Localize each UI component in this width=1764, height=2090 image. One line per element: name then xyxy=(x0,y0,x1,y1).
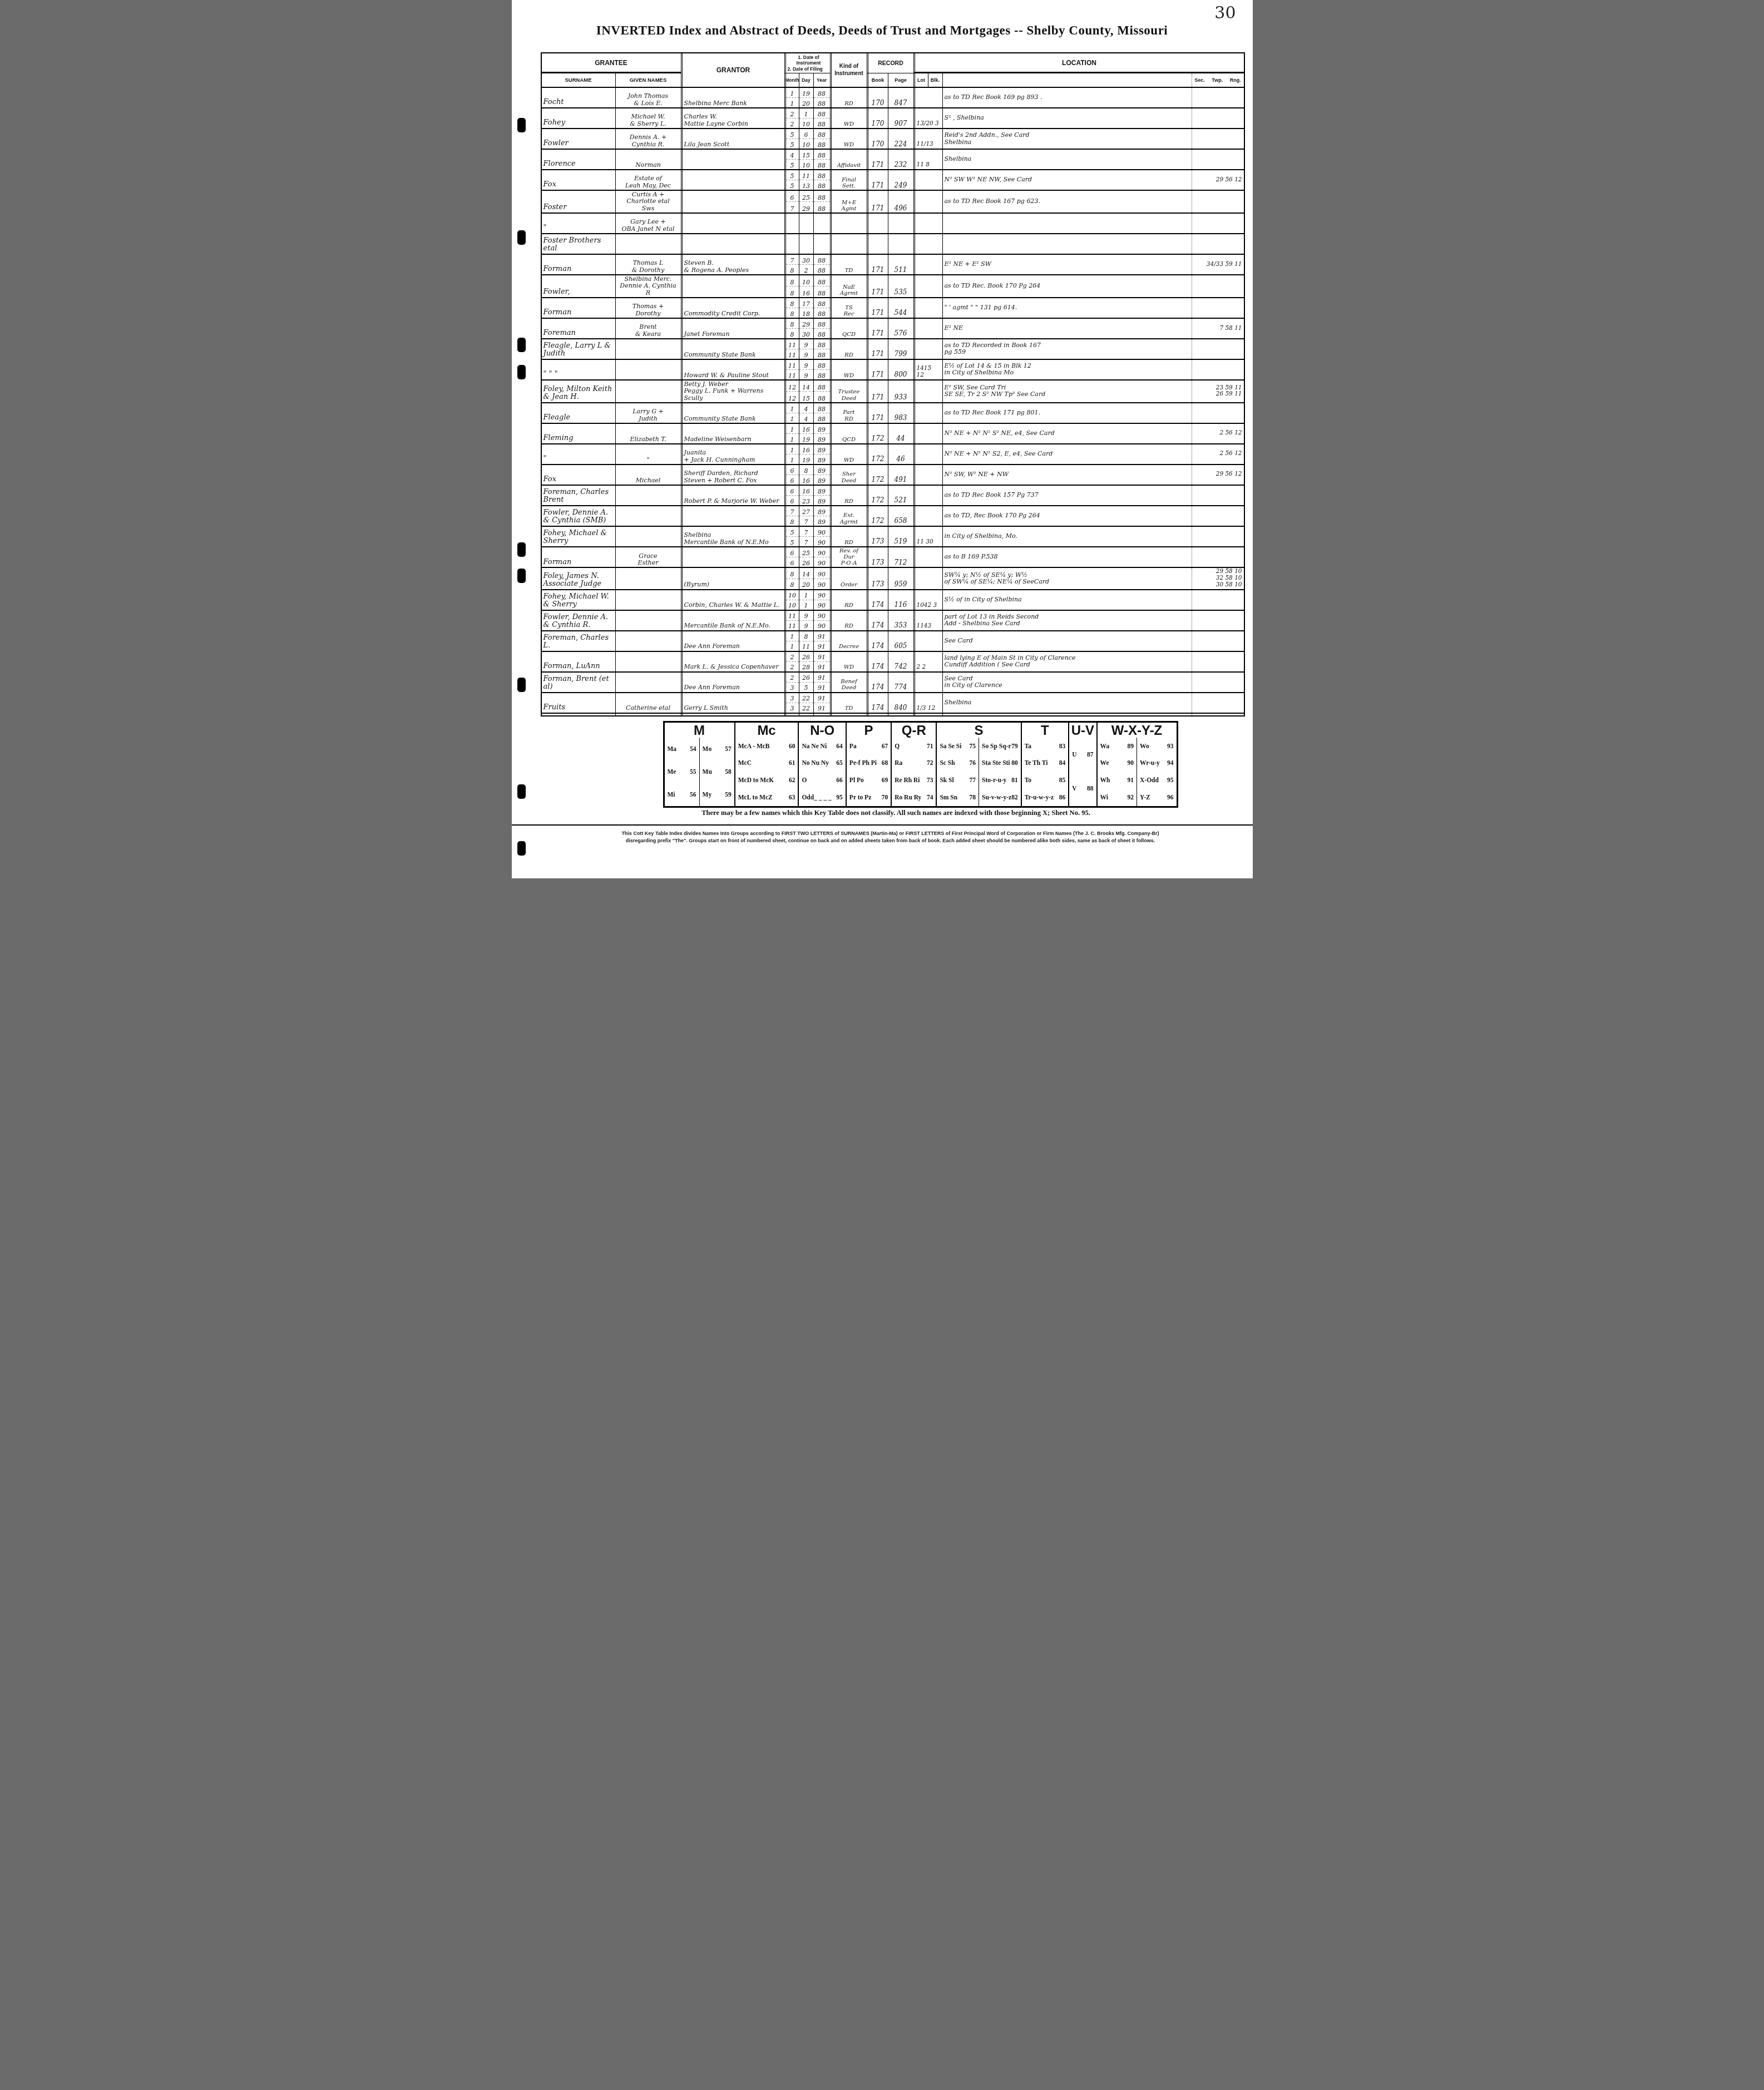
given-names-cell: Estate of Leah May, Dec xyxy=(615,170,681,190)
month-cell: 22 xyxy=(784,652,799,671)
record-book-cell: 174 xyxy=(867,631,888,651)
index-row: FochtJohn Thomas & Lois E.Shelbina Merc … xyxy=(542,88,1244,107)
kind-of-instrument-cell: RD xyxy=(830,339,867,359)
date-of-filing: 11 xyxy=(786,370,799,379)
year-cell: 8989 xyxy=(813,486,830,505)
surname-cell: Forman xyxy=(542,547,615,567)
date-of-instrument: 88 xyxy=(814,298,830,308)
key-column: Wo93Wr-u-y94X-Odd95Y-Z96 xyxy=(1137,738,1176,806)
kind-of-instrument-cell: NaE Agrmt xyxy=(830,275,867,297)
date-of-instrument: 8 xyxy=(786,568,799,579)
record-page-cell: 933 xyxy=(888,381,913,402)
date-of-filing xyxy=(786,223,799,233)
index-row: ForemanBrent & KearaJanet Foreman8829308… xyxy=(542,318,1244,338)
sec-twp-rng-cell xyxy=(1192,652,1244,671)
key-entry-label: Ro Ru Ry xyxy=(895,794,921,801)
key-group-no: N-ONa Ne Ni64No Nu Ny65O66Odd_ _ _ _95 xyxy=(798,723,845,806)
lot-blk-cell xyxy=(913,339,942,359)
key-group-columns: Na Ne Ni64No Nu Ny65O66Odd_ _ _ _95 xyxy=(799,738,845,806)
sec-twp-rng-cell xyxy=(1192,234,1244,254)
month-cell: 11 xyxy=(784,88,799,107)
surname-cell: Foster Brothers etal xyxy=(542,234,615,254)
key-entry: Wh91 xyxy=(1098,777,1137,784)
grantor-cell xyxy=(681,191,784,213)
kind-of-instrument-cell: Sher Deed xyxy=(830,465,867,485)
key-entry: Sm Sn78 xyxy=(937,794,979,801)
index-row: Foster Brothers etal xyxy=(542,233,1244,254)
location-cell: land lying E of Main St in City of Clare… xyxy=(942,652,1192,671)
key-column: Q71Ra72Re Rh Ri73Ro Ru Ry74 xyxy=(892,738,936,806)
key-entry-label: McD to McK xyxy=(738,777,774,784)
kind-of-instrument-cell: QC D xyxy=(830,714,867,717)
key-entry: Wi92 xyxy=(1098,794,1137,801)
index-row: Forman, LuAnnMark L. & Jessica Copenhave… xyxy=(542,651,1244,671)
date-of-instrument: 90 xyxy=(814,568,830,579)
header-record: RECORD xyxy=(867,53,913,73)
given-names-cell: Gary Lee + OBA Janet N etal xyxy=(615,214,681,233)
day-cell: 1718 xyxy=(799,298,813,318)
date-of-filing: 1 xyxy=(799,600,813,610)
surname-cell: Forman, Brent (et al) xyxy=(542,673,615,692)
location-cell: Reid's 2nd Addn., See Card Shelbina xyxy=(942,129,1192,149)
lot-blk-cell xyxy=(913,275,942,297)
date-of-filing: 29 xyxy=(799,202,813,213)
date-of-filing: 22 xyxy=(799,703,813,713)
record-book-cell: 172 xyxy=(867,486,888,505)
lot-blk-cell xyxy=(913,319,942,338)
record-book-cell: 170 xyxy=(867,88,888,107)
date-of-instrument: 2 xyxy=(786,673,799,683)
key-column: Wa89We90Wh91Wi92 xyxy=(1098,738,1137,806)
day-cell: 2529 xyxy=(799,191,813,213)
location-cell: E² NE + E² SW xyxy=(942,255,1192,274)
sec-twp-rng-cell xyxy=(1192,547,1244,567)
key-entry: Ra72 xyxy=(892,760,936,767)
index-row: Foreman, Charles BrentRobert P. & Marjor… xyxy=(542,485,1244,505)
surname-cell: Fleagle, Larry L & Judith xyxy=(542,339,615,359)
date-of-filing: 88 xyxy=(814,349,830,359)
record-book-cell: 171 xyxy=(867,319,888,338)
date-of-filing: 6 xyxy=(786,496,799,505)
lot-blk-cell xyxy=(913,673,942,692)
surname-cell: " xyxy=(542,214,615,233)
key-entry-sheet-number: 84 xyxy=(1059,760,1066,767)
lot-blk-cell: 13/20 3 xyxy=(913,108,942,128)
date-of-instrument: 3 xyxy=(786,693,799,703)
location-cell: E² SW, See Card Tri SE SE, Tr 2 S² NW Tp… xyxy=(942,381,1192,402)
key-entry-label: Pa xyxy=(849,743,857,750)
month-cell: 1212 xyxy=(784,381,799,402)
key-entry-label: X-Odd xyxy=(1140,777,1159,784)
index-row: Forman, Brent (et al)Dee Ann Foreman2326… xyxy=(542,671,1244,692)
sec-twp-rng-cell: 23 59 11 26 59 11 xyxy=(1192,381,1244,402)
key-entry-sheet-number: 59 xyxy=(725,792,732,798)
given-names-cell: Norman xyxy=(615,150,681,169)
key-entry-sheet-number: 85 xyxy=(1059,777,1066,784)
record-book-cell: 172 xyxy=(867,444,888,464)
record-page-cell: 535 xyxy=(888,275,913,297)
key-entry: Q71 xyxy=(892,743,936,750)
index-row: Fohey, Michael W. & SherryCorbin, Charle… xyxy=(542,589,1244,610)
date-of-filing: 1 xyxy=(786,413,799,423)
key-group-m: MMa54Me55Mi56Mo57Mu58My59 xyxy=(665,723,734,806)
date-of-instrument: 27 xyxy=(799,506,813,516)
year-cell: 9090 xyxy=(813,547,830,567)
record-page-cell: 658 xyxy=(888,506,913,526)
lot-blk-cell xyxy=(913,465,942,485)
record-page-cell: 521 xyxy=(888,486,913,505)
day-cell: 1510 xyxy=(799,150,813,169)
date-of-instrument: 8 xyxy=(786,275,799,286)
grantor-cell xyxy=(681,506,784,526)
year-cell: 8888 xyxy=(813,191,830,213)
date-of-instrument: 11 xyxy=(786,611,799,621)
surname-cell: Fruits xyxy=(542,693,615,713)
key-entry-sheet-number: 88 xyxy=(1087,785,1094,792)
index-row: Foreman, Charles L.Dee Ann Foreman118119… xyxy=(542,630,1244,651)
surname-cell: Focht xyxy=(542,88,615,107)
kind-of-instrument-cell: Ext. Agrmt xyxy=(830,506,867,526)
record-page-cell: 116 xyxy=(888,590,913,610)
record-book-cell: 172 xyxy=(867,424,888,443)
record-page-cell: 544 xyxy=(888,298,913,318)
record-book-cell: 171 xyxy=(867,298,888,318)
record-book-cell: 171 xyxy=(867,403,888,423)
punch-hole xyxy=(517,678,526,692)
record-book-cell: 174 xyxy=(867,590,888,610)
year-cell: 8888 xyxy=(813,255,830,274)
date-of-instrument: 5 xyxy=(786,129,799,139)
surname-cell: Fox xyxy=(542,465,615,485)
date-of-instrument: 11 xyxy=(786,339,799,349)
date-of-filing xyxy=(799,244,813,254)
date-of-filing: 11 xyxy=(799,641,813,651)
date-of-instrument: 88 xyxy=(814,170,830,180)
date-of-filing: 2 xyxy=(799,265,813,274)
date-of-filing: 1 xyxy=(786,454,799,464)
punch-hole xyxy=(517,542,526,557)
sec-twp-rng-cell: 29 58 10 32 58 10 30 58 10 xyxy=(1192,568,1244,589)
key-entry: Sa Se Si75 xyxy=(937,743,979,750)
given-names-cell xyxy=(615,652,681,671)
record-book-cell: 171 xyxy=(867,150,888,169)
location-cell: N² SW W² NE NW, See Card xyxy=(942,170,1192,190)
month-cell: 1111 xyxy=(784,360,799,379)
date-of-instrument: 5 xyxy=(786,527,799,537)
grantor-cell: Charles W. Mattie Layne Corbin xyxy=(681,108,784,128)
key-entry-sheet-number: 64 xyxy=(836,743,843,750)
key-entry-sheet-number: 91 xyxy=(1128,777,1134,784)
date-of-instrument: 17 xyxy=(799,298,813,308)
year-cell: 9191 xyxy=(813,652,830,671)
month-cell: 11 xyxy=(784,403,799,423)
key-group-columns: Ma54Me55Mi56Mo57Mu58My59 xyxy=(665,738,734,806)
lot-blk-cell xyxy=(913,298,942,318)
record-page-cell: 249 xyxy=(888,170,913,190)
key-entry: Mo57 xyxy=(700,746,734,753)
grantor-cell: (Byrum) xyxy=(681,568,784,589)
date-of-filing: 5 xyxy=(786,537,799,546)
key-column: Ta83Te Th Ti84To85Tr-u-w-y-z86 xyxy=(1022,738,1068,806)
year-cell: 8888 xyxy=(813,360,830,379)
punch-hole xyxy=(517,338,526,352)
given-names-cell xyxy=(615,234,681,254)
key-entry-label: Ta xyxy=(1025,743,1031,750)
year-cell: 9090 xyxy=(813,527,830,546)
key-entry: Wr-u-y94 xyxy=(1137,760,1176,767)
date-of-instrument xyxy=(786,214,799,224)
location-cell: N² SW, W² NE + NW xyxy=(942,465,1192,485)
given-names-cell: Thomas L & Dorothy xyxy=(615,255,681,274)
location-cell: See Card in City of Clarence xyxy=(942,673,1192,692)
date-of-instrument: 14 xyxy=(799,381,813,392)
record-page-cell xyxy=(888,214,913,233)
punch-hole xyxy=(517,841,526,856)
key-entry-label: McL to McZ xyxy=(738,794,773,801)
record-page-cell: 605 xyxy=(888,631,913,651)
date-of-instrument: 88 xyxy=(814,255,830,265)
surname-cell: Foreman xyxy=(542,319,615,338)
record-book-cell: 174 xyxy=(867,611,888,630)
record-book-cell: 171 xyxy=(867,381,888,402)
year-cell: 8888 xyxy=(813,150,830,169)
date-of-instrument: 8 xyxy=(786,298,799,308)
key-entry-sheet-number: 77 xyxy=(970,777,976,784)
sec-twp-rng-cell xyxy=(1192,129,1244,149)
index-row: FoheyMichael W. & Sherry L.Charles W. Ma… xyxy=(542,107,1244,128)
location-cell: N² NE + N² N² S² NE, e4, See Card xyxy=(942,424,1192,443)
key-group-t: TTa83Te Th Ti84To85Tr-u-w-y-z86 xyxy=(1021,723,1068,806)
record-book-cell: 171 xyxy=(867,339,888,359)
grantor-cell: Corbin, Charles W. & Mattie L. xyxy=(681,590,784,610)
date-of-filing: 12 xyxy=(786,392,799,402)
key-entry-sheet-number: 94 xyxy=(1167,760,1174,767)
page-number: 30 xyxy=(1214,3,1236,23)
given-names-cell: Grace Esther xyxy=(615,547,681,567)
location-cell: as to TD Rec. Book 170 Pg 264 xyxy=(942,275,1192,297)
record-page-cell: 44 xyxy=(888,424,913,443)
cott-key-table: MMa54Me55Mi56Mo57Mu58My59McMcA - McB60Mc… xyxy=(663,721,1178,808)
record-page-cell: 144 xyxy=(888,714,913,717)
date-of-instrument: 7 xyxy=(786,255,799,265)
month-cell: 67 xyxy=(784,191,799,213)
key-entry-label: Sc Sh xyxy=(940,760,955,767)
key-entry-label: Mo xyxy=(703,746,712,753)
key-entry-label: Q xyxy=(895,743,900,750)
key-entry: We90 xyxy=(1098,760,1137,767)
grantor-cell: Community State Bank xyxy=(681,339,784,359)
date-of-instrument: 2 xyxy=(786,108,799,118)
record-book-cell: 170 xyxy=(867,108,888,128)
key-entry: McL to McZ63 xyxy=(735,794,798,801)
sec-twp-rng-cell xyxy=(1192,298,1244,318)
date-of-filing: 89 xyxy=(814,496,830,505)
location-cell: E½ of Lot 14 & 15 in Blk 12 in City of S… xyxy=(942,360,1192,379)
record-book-cell: 171 xyxy=(867,255,888,274)
record-page-cell: 46 xyxy=(888,444,913,464)
sec-twp-rng-cell: 7 58 11 xyxy=(1192,319,1244,338)
date-of-instrument: 91 xyxy=(814,673,830,683)
key-entry: Mi56 xyxy=(665,792,699,798)
day-cell: 2526 xyxy=(799,547,813,567)
index-row: FoxMichaelSheriff Darden, Richard Steven… xyxy=(542,464,1244,485)
key-entry-sheet-number: 55 xyxy=(690,769,696,775)
lot-blk-cell: 11 8 xyxy=(913,150,942,169)
day-cell: 1113 xyxy=(799,170,813,190)
record-book-cell: 171 xyxy=(867,170,888,190)
key-entry: Ma54 xyxy=(665,746,699,753)
key-entry-sheet-number: 86 xyxy=(1059,794,1066,801)
date-of-filing: 88 xyxy=(814,308,830,318)
key-entry-sheet-number: 58 xyxy=(725,769,732,775)
lot-blk-cell xyxy=(913,444,942,464)
record-page-cell: 712 xyxy=(888,547,913,567)
lot-blk-cell xyxy=(913,486,942,505)
date-of-instrument: 6 xyxy=(786,465,799,475)
date-of-instrument: 16 xyxy=(799,444,813,454)
sec-twp-rng-cell xyxy=(1192,150,1244,169)
record-page-cell: 959 xyxy=(888,568,913,589)
date-of-filing: 5 xyxy=(786,160,799,169)
punch-hole xyxy=(517,365,526,379)
key-entry-label: McA - McB xyxy=(738,743,770,750)
key-entry-label: Sk Sl xyxy=(940,777,953,784)
key-group-columns: Wa89We90Wh91Wi92Wo93Wr-u-y94X-Odd95Y-Z96 xyxy=(1098,738,1177,806)
grantor-cell: Janet Foreman xyxy=(681,319,784,338)
key-entry-label: Mi xyxy=(668,792,675,798)
key-entry-label: Sm Sn xyxy=(940,794,957,801)
location-cell: S² , Shelbina xyxy=(942,108,1192,128)
key-entry: Ro Ru Ry74 xyxy=(892,794,936,801)
date-of-instrument: 88 xyxy=(814,360,830,370)
record-page-cell: 496 xyxy=(888,191,913,213)
given-names-cell: Catherine etal xyxy=(615,693,681,713)
key-group-uv: U-VU87V88 xyxy=(1068,723,1096,806)
month-cell: 33 xyxy=(784,693,799,713)
key-entry-label: So Sp Sq-r xyxy=(982,743,1011,750)
month-cell: 1010 xyxy=(784,590,799,610)
key-entry: U87 xyxy=(1069,752,1096,758)
date-of-instrument: 4 xyxy=(799,714,813,717)
record-page-cell: 742 xyxy=(888,652,913,671)
kind-of-instrument-cell: QCD xyxy=(830,319,867,338)
date-of-filing: 11 xyxy=(786,621,799,630)
key-table-note: There may be a few names which this Key … xyxy=(573,809,1219,817)
key-entry-label: Wr-u-y xyxy=(1140,760,1160,767)
date-of-filing xyxy=(814,244,830,254)
location-cell: part of Lot 13 in Reids Second Add - She… xyxy=(942,611,1192,630)
day-cell: 110 xyxy=(799,108,813,128)
key-entry-label: Odd_ _ _ _ xyxy=(802,794,831,801)
grantor-cell xyxy=(681,234,784,254)
date-of-filing: 8 xyxy=(786,265,799,274)
month-cell: 45 xyxy=(784,150,799,169)
day-cell: 77 xyxy=(799,527,813,546)
surname-cell: Fleagle xyxy=(542,403,615,423)
month-cell: 78 xyxy=(784,255,799,274)
date-of-instrument: 29 xyxy=(799,319,813,329)
date-of-instrument: 6 xyxy=(786,547,799,557)
grantor-cell: Juanita + Jack H. Cunningham xyxy=(681,444,784,464)
key-entry-sheet-number: 80 xyxy=(1011,760,1018,767)
key-entry: McC61 xyxy=(735,760,798,767)
date-of-instrument: 9 xyxy=(799,339,813,349)
index-row: "Gary Lee + OBA Janet N etal xyxy=(542,213,1244,233)
date-of-filing: 19 xyxy=(799,434,813,443)
date-of-instrument: 26 xyxy=(799,652,813,662)
lot-blk-cell: 1143 xyxy=(913,611,942,630)
kind-of-instrument-cell: TD xyxy=(830,255,867,274)
date-of-filing: 11 xyxy=(786,349,799,359)
given-names-cell: Elizabeth T. xyxy=(615,424,681,443)
date-of-instrument: 88 xyxy=(814,319,830,329)
lot-blk-cell xyxy=(913,403,942,423)
date-of-instrument: 1 xyxy=(786,403,799,413)
date-of-instrument: 89 xyxy=(814,424,830,434)
key-entry-label: Sa Se Si xyxy=(940,743,961,750)
key-entry-label: Me xyxy=(668,769,676,775)
record-book-cell: 171 xyxy=(867,191,888,213)
given-names-cell: Larry G + Judith xyxy=(615,403,681,423)
key-entry-sheet-number: 96 xyxy=(1167,794,1174,801)
record-page-cell: 799 xyxy=(888,339,913,359)
page-title: INVERTED Index and Abstract of Deeds, De… xyxy=(579,23,1186,38)
date-of-filing: 8 xyxy=(786,579,799,589)
day-cell: 99 xyxy=(799,339,813,359)
surname-cell: Fowler xyxy=(542,129,615,149)
date-of-instrument: 10 xyxy=(786,590,799,600)
grantor-cell: Dee Ann Foreman xyxy=(681,631,784,651)
lot-blk-cell xyxy=(913,88,942,107)
date-of-instrument: 1 xyxy=(786,444,799,454)
kind-of-instrument-cell: Rev. of Dur P-O-A xyxy=(830,547,867,567)
key-entry-label: My xyxy=(703,792,712,798)
day-cell: 816 xyxy=(799,465,813,485)
header-lot: Lot xyxy=(913,73,928,87)
header-dates: 1. Date of Instrument 2. Date of Filing xyxy=(784,53,830,73)
date-of-filing: 4 xyxy=(799,413,813,423)
month-cell: 88 xyxy=(784,298,799,318)
date-of-filing: 1 xyxy=(786,98,799,107)
year-cell: 8888 xyxy=(813,108,830,128)
key-entry-sheet-number: 60 xyxy=(789,743,795,750)
footnote-line-1: This Cott Key Table Index divides Names … xyxy=(621,831,1159,836)
table-body: FochtJohn Thomas & Lois E.Shelbina Merc … xyxy=(542,88,1244,717)
key-entry-label: Y-Z xyxy=(1140,794,1150,801)
date-of-instrument: 88 xyxy=(814,191,830,202)
date-of-filing: 9 xyxy=(799,370,813,379)
given-names-cell: Shelbina Merc. Dennie A. Cynthia R xyxy=(615,275,681,297)
year-cell: 8989 xyxy=(813,444,830,464)
key-column: Pa67Pe-f Ph Pi68Pl Po69Pr to Pz70 xyxy=(847,738,891,806)
month-cell: 88 xyxy=(784,319,799,338)
key-entry: Pr to Pz70 xyxy=(847,794,891,801)
year-cell: 8888 xyxy=(813,170,830,190)
index-row: Foley, James N. Associate Judge(Byrum)88… xyxy=(542,567,1244,589)
key-entry: X-Odd95 xyxy=(1137,777,1176,784)
key-entry-sheet-number: 56 xyxy=(690,792,696,798)
location-cell: as to TD Rec Book 157 Pg 737 xyxy=(942,486,1192,505)
year-cell: 9090 xyxy=(813,611,830,630)
key-entry-label: Tr-u-w-y-z xyxy=(1025,794,1054,801)
date-of-filing: 90 xyxy=(814,579,830,589)
record-page-cell: 491 xyxy=(888,465,913,485)
header-location-spacer xyxy=(942,73,1192,87)
key-entry-label: Te Th Ti xyxy=(1025,760,1048,767)
date-of-filing: 88 xyxy=(814,118,830,128)
key-entry-sheet-number: 76 xyxy=(970,760,976,767)
date-of-instrument: 90 xyxy=(814,547,830,557)
